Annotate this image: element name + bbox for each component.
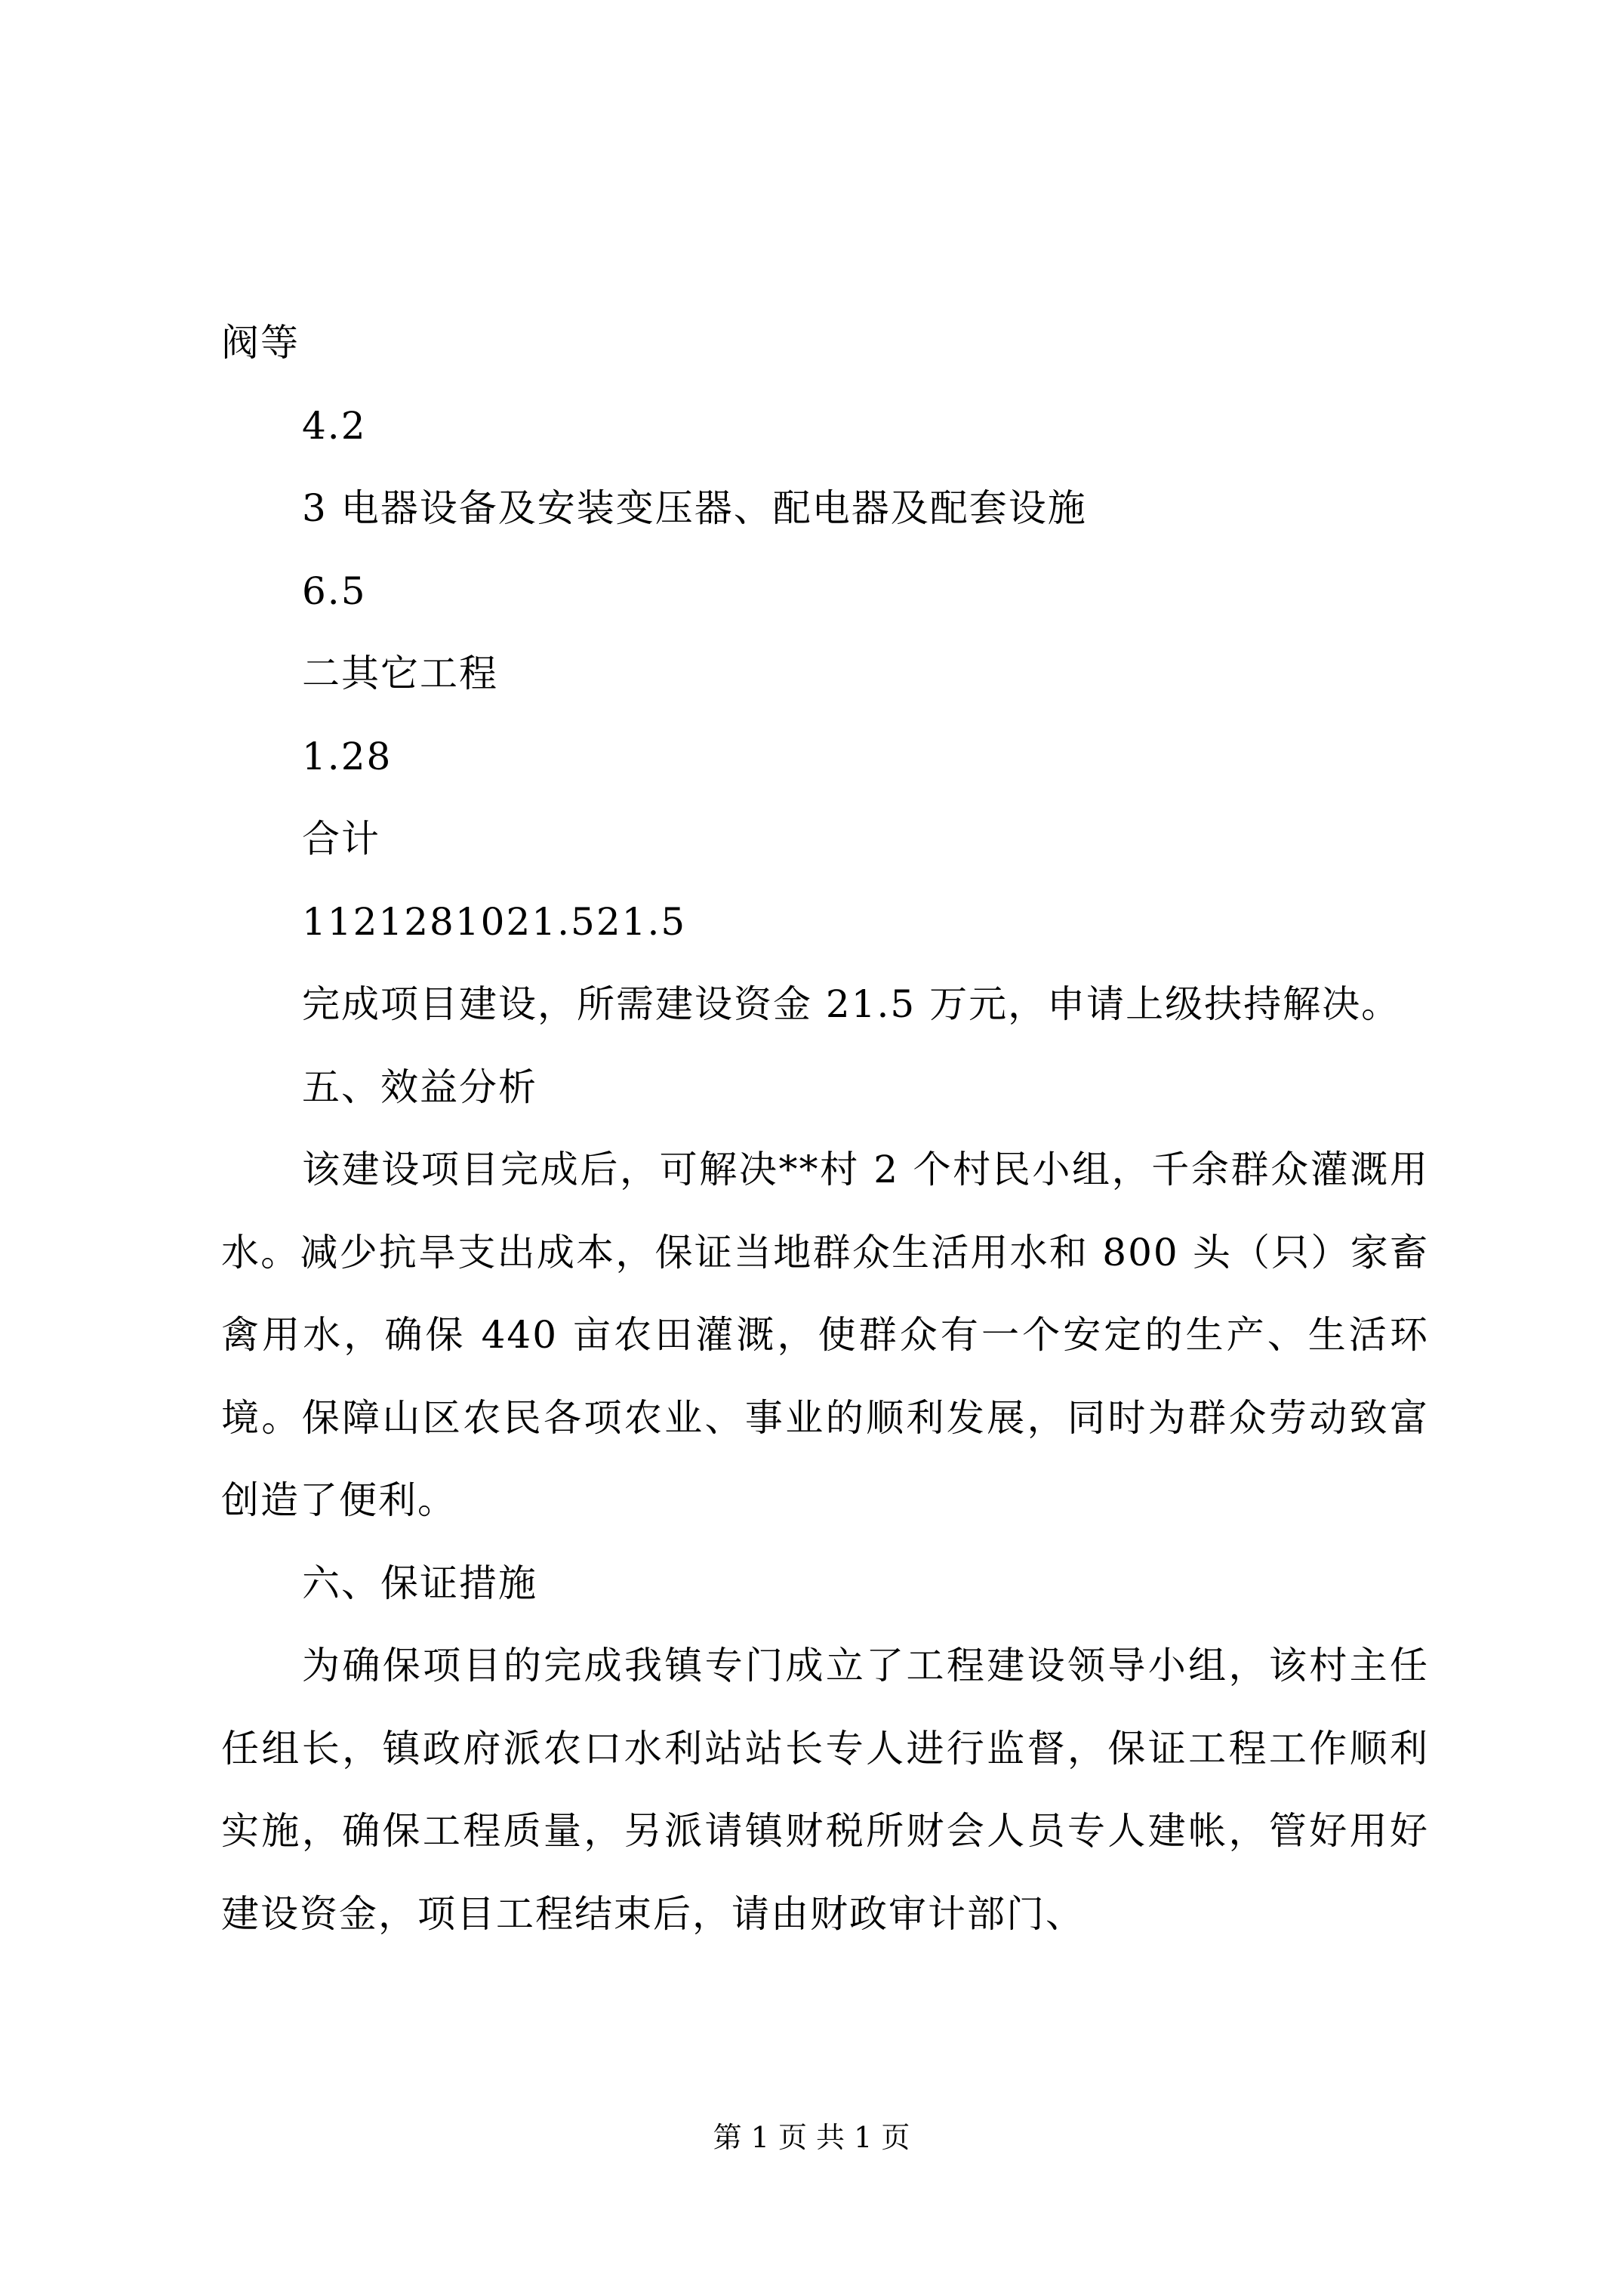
section-heading-benefit-analysis: 五、效益分析 [221,1046,1429,1130]
text-line-total-values: 1121281021.521.5 [221,881,1429,964]
text-line-total-label: 合计 [221,798,1429,881]
text-line-electrical-equipment: 3 电器设备及安装变压器、配电器及配套设施 [221,467,1429,550]
document-page: 阀等 4.2 3 电器设备及安装变压器、配电器及配套设施 6.5 二其它工程 1… [0,0,1623,2296]
paragraph-guarantee-measures: 为确保项目的完成我镇专门成立了工程建设领导小组，该村主任任组长，镇政府派农口水利… [221,1625,1429,1955]
document-body: 阀等 4.2 3 电器设备及安装变压器、配电器及配套设施 6.5 二其它工程 1… [221,302,1429,1955]
section-heading-guarantee-measures: 六、保证措施 [221,1542,1429,1626]
paragraph-benefit-analysis: 该建设项目完成后，可解决**村 2 个村民小组，千余群众灌溉用水。减少抗旱支出成… [221,1129,1429,1542]
page-footer-indicator: 第 1 页 共 1 页 [0,2119,1623,2156]
paragraph-funding-request: 完成项目建设，所需建设资金 21.5 万元，申请上级扶持解决。 [221,963,1429,1046]
text-line-other-works: 二其它工程 [221,633,1429,716]
text-line-amount-6-5: 6.5 [221,550,1429,633]
text-line-amount-4-2: 4.2 [221,385,1429,468]
text-line-valves: 阀等 [221,302,1429,385]
text-line-amount-1-28: 1.28 [221,716,1429,799]
